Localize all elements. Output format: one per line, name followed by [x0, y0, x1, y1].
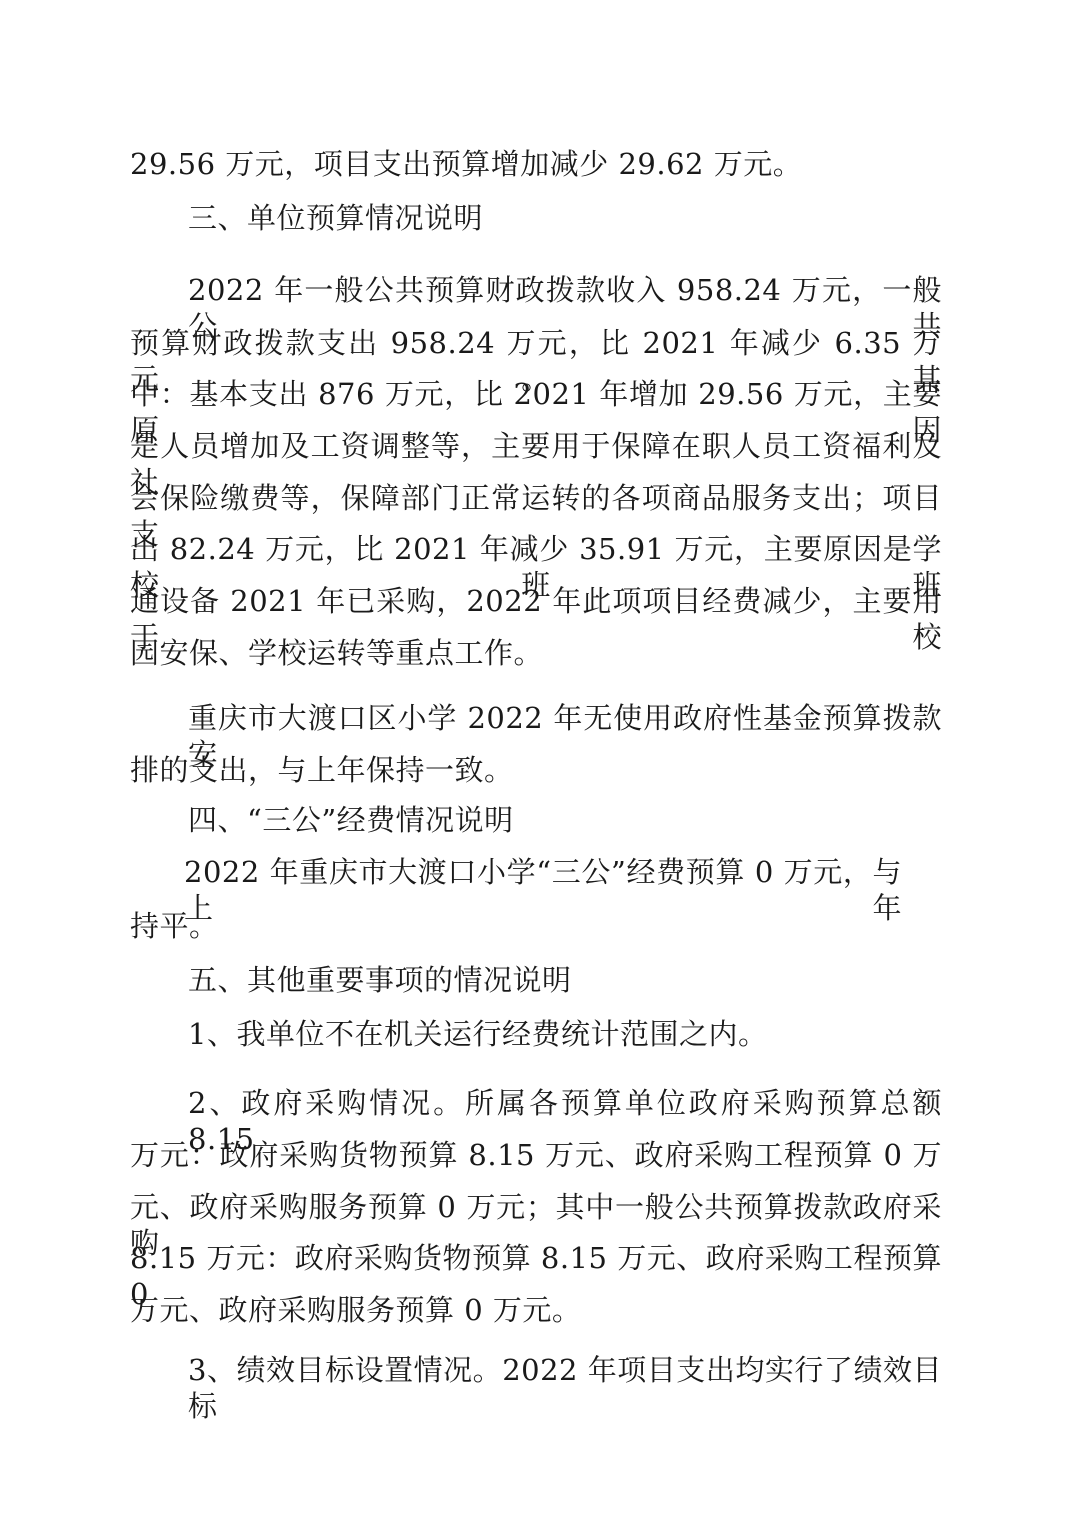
- text-line: 1、我单位不在机关运行经费统计范围之内。: [188, 1016, 767, 1052]
- text-line: 29.56 万元，项目支出预算增加减少 29.62 万元。: [130, 146, 802, 182]
- text-line: 四、“三公”经费情况说明: [188, 802, 514, 838]
- text-line: 3、绩效目标设置情况。2022 年项目支出均实行了绩效目标: [188, 1352, 942, 1424]
- text-line: 持平。: [130, 908, 219, 944]
- text-line: 万元：政府采购货物预算 8.15 万元、政府采购工程预算 0 万: [130, 1137, 942, 1173]
- text-line: 三、单位预算情况说明: [188, 200, 483, 236]
- text-line: 五、其他重要事项的情况说明: [188, 962, 572, 998]
- text-line: 园安保、学校运转等重点工作。: [130, 635, 543, 671]
- text-line: 排的支出，与上年保持一致。: [130, 752, 514, 788]
- document-page: 29.56 万元，项目支出预算增加减少 29.62 万元。三、单位预算情况说明2…: [0, 0, 1074, 1520]
- text-line: 万元、政府采购服务预算 0 万元。: [130, 1292, 581, 1328]
- text-line: 2022 年重庆市大渡口小学“三公”经费预算 0 万元，与上年: [184, 854, 902, 926]
